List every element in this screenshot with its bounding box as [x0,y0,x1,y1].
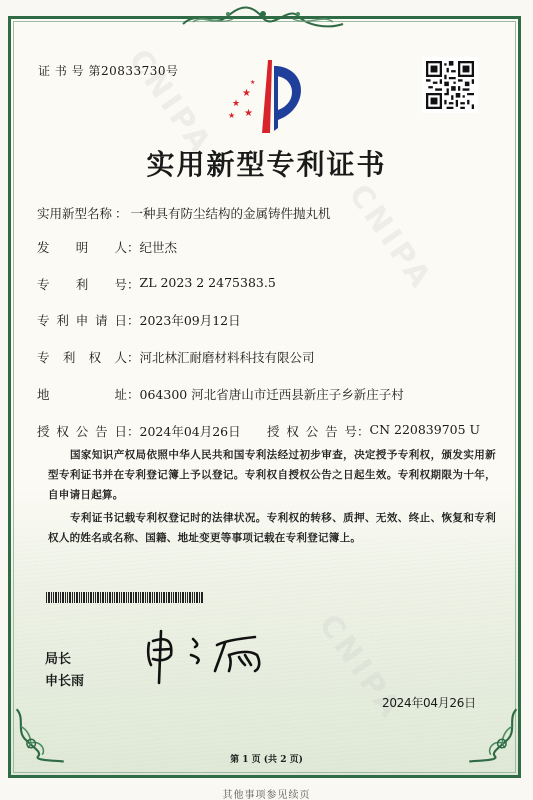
field-value: 064300 河北省唐山市迁西县新庄子乡新庄子村 [140,385,404,403]
field-value: ZL 2023 2 2475383.5 [140,275,276,293]
svg-text:★: ★ [250,79,255,86]
field-separator: ： [127,385,140,403]
field-separator: ： [127,348,140,366]
continued-note: 其他事项参见续页 [0,786,533,800]
field-value: 纪世杰 [140,238,178,256]
field-grant-number: 授 权 公 告 号 ： CN 220839705 U [267,422,480,440]
certificate-title: 实用新型专利证书 [0,143,533,183]
field-label: 专 利 号 [37,275,127,293]
field-filing-date: 专 利 申 请 日 ： 2023年09月12日 [37,311,241,329]
field-inventor: 发 明 人 ： 纪世杰 [37,238,177,256]
director-name: 申长雨 [45,670,84,689]
field-label: 专 利 申 请 日 [37,311,127,329]
field-value: 2023年09月12日 [140,311,241,329]
director-title: 局长 [45,648,71,667]
field-grant-date: 授 权 公 告 日 ： 2024年04月26日 [37,422,241,440]
field-label: 发 明 人 [37,238,127,256]
field-label: 地 址 [37,385,127,403]
field-value: 2024年04月26日 [140,422,241,440]
field-address: 地 址 ： 064300 河北省唐山市迁西县新庄子乡新庄子村 [37,385,404,403]
field-separator: ： [127,275,140,293]
signature-icon [145,625,275,685]
field-separator: ： [115,204,128,222]
field-patent-number: 专 利 号 ： ZL 2023 2 2475383.5 [37,275,276,293]
field-separator: ： [127,422,140,440]
field-label: 实用新型名称 [37,204,112,222]
cnipa-logo-icon: ★ ★ ★ ★ ★ [218,58,318,133]
legal-paragraph: 专利证书记载专利权登记时的法律状况。专利权的转移、质押、无效、终止、恢复和专利权… [48,508,496,548]
field-separator: ： [357,422,370,440]
barcode-icon [46,592,203,603]
field-label: 授 权 公 告 日 [37,422,127,440]
field-label: 授 权 公 告 号 [267,422,357,440]
top-ornament-icon [178,4,348,32]
svg-text:★: ★ [232,99,240,109]
certificate-number: 证 书 号 第20833730号 [38,62,179,79]
field-patentee: 专 利 权 人 ： 河北林汇耐磨材料科技有限公司 [37,348,315,366]
page-indicator: 第 1 页 (共 2 页) [0,752,533,765]
field-separator: ： [127,311,140,329]
qr-code-icon [422,57,478,113]
svg-text:★: ★ [228,111,235,120]
svg-text:★: ★ [242,88,251,99]
field-value: CN 220839705 U [370,422,481,440]
legal-paragraph: 国家知识产权局依照中华人民共和国专利法经过初步审查，决定授予专利权，颁发实用新型… [48,445,496,505]
field-value: 河北林汇耐磨材料科技有限公司 [140,348,315,366]
issue-date: 2024年04月26日 [382,694,476,711]
svg-text:★: ★ [244,108,253,119]
field-value: 一种具有防尘结构的金属铸件抛丸机 [131,204,331,222]
field-label: 专 利 权 人 [37,348,127,366]
field-utility-model-name: 实用新型名称 ： 一种具有防尘结构的金属铸件抛丸机 [37,204,331,222]
field-separator: ： [127,238,140,256]
